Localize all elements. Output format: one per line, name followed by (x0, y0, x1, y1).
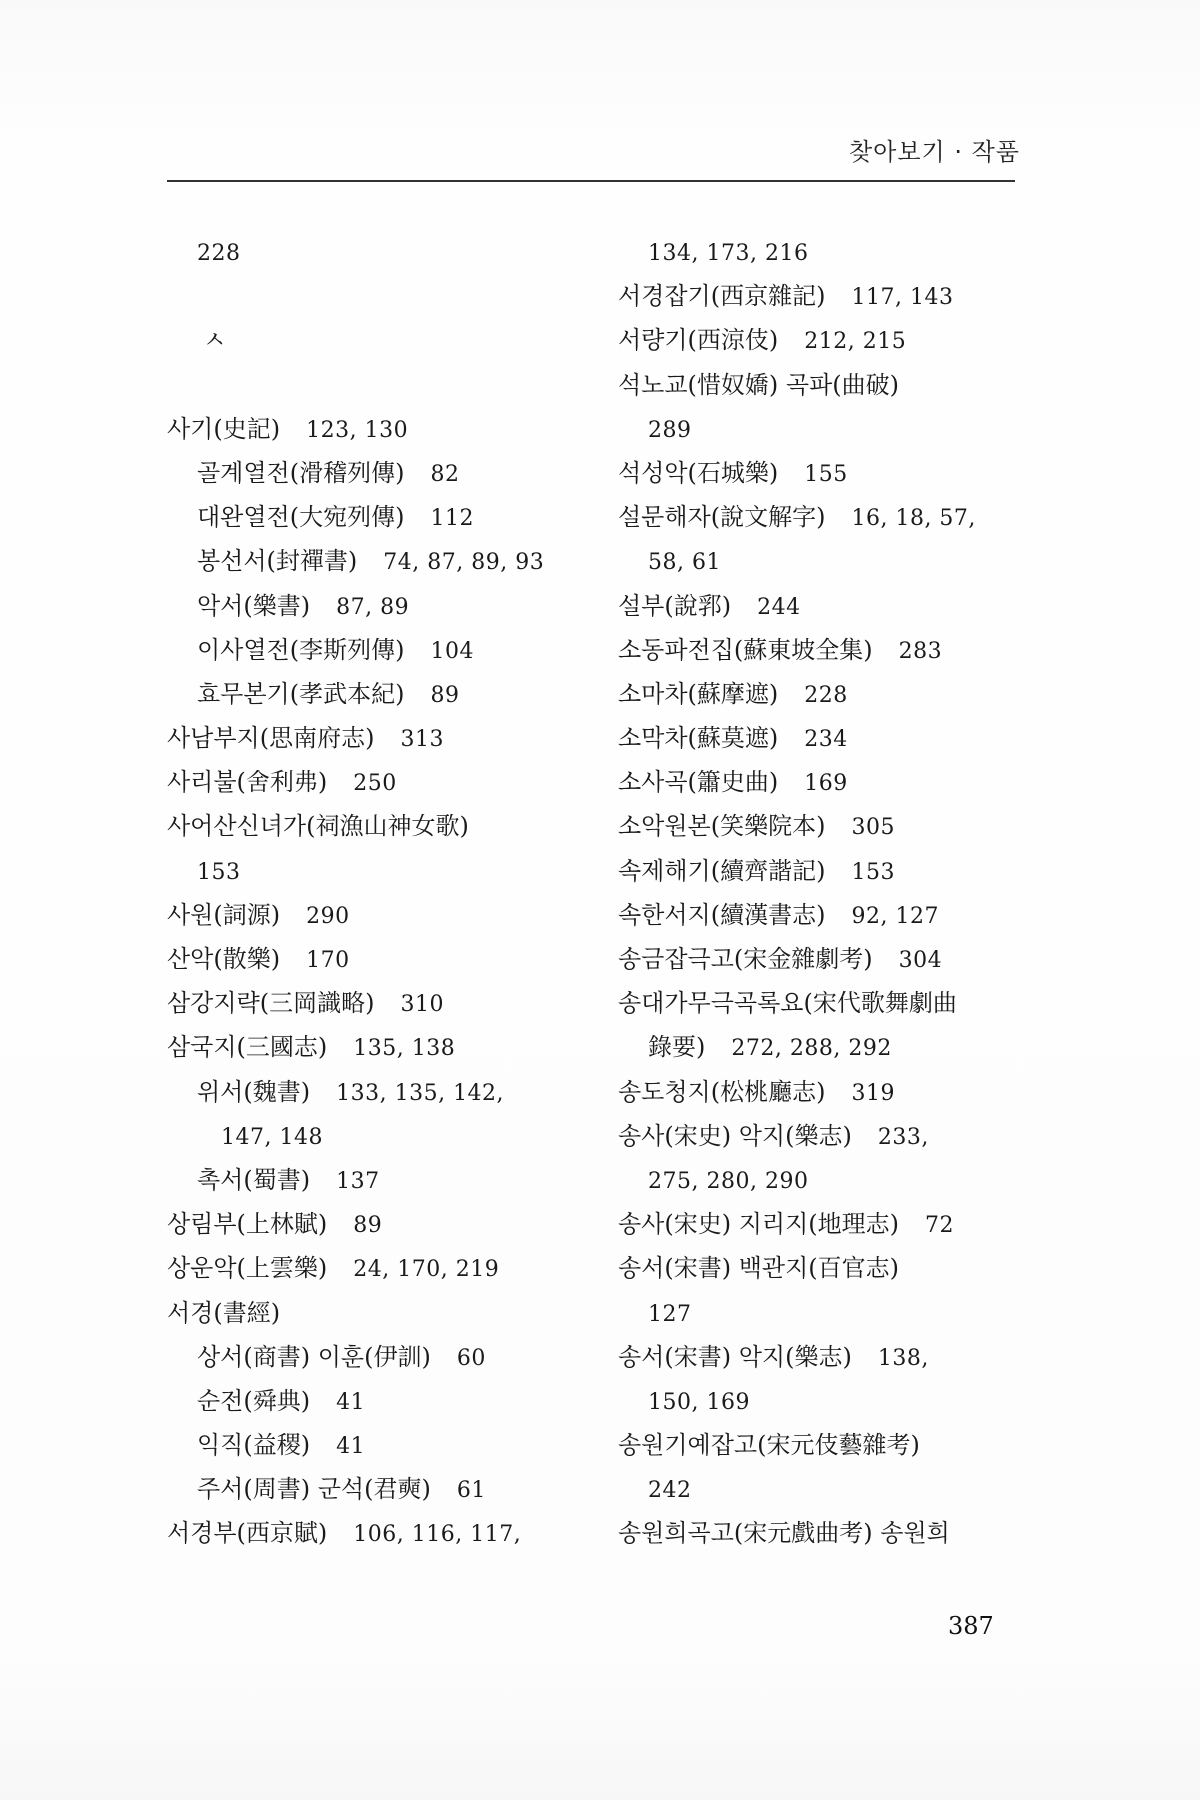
entry-title: 속한서지(續漢書志) (618, 901, 825, 929)
entry-title: 촉서(蜀書) (197, 1166, 310, 1194)
header-rule (167, 180, 1015, 182)
spacer (167, 363, 587, 407)
entry-title: 익직(益稷) (197, 1431, 310, 1459)
index-entry: 삼강지략(三岡識略)310 (167, 981, 587, 1025)
index-entry: 127 (618, 1291, 1038, 1335)
page-refs: 289 (648, 418, 692, 443)
page-refs: 134, 173, 216 (648, 241, 808, 266)
entry-title: 상림부(上林賦) (167, 1210, 327, 1238)
index-entry: 촉서(蜀書)137 (167, 1158, 587, 1202)
index-entry: 소막차(蘇莫遮)234 (618, 716, 1038, 760)
entry-title: 삼강지략(三岡識略) (167, 989, 374, 1017)
index-entry: 산악(散樂)170 (167, 937, 587, 981)
page-refs: 92, 127 (851, 904, 938, 929)
page-refs: 137 (336, 1169, 380, 1194)
page-refs: 60 (457, 1346, 486, 1371)
index-entry: 사기(史記)123, 130 (167, 407, 587, 451)
entry-title: 송사(宋史) 지리지(地理志) (618, 1210, 899, 1238)
entry-title: 석노교(惜奴嬌) 곡파(曲破) (618, 371, 899, 399)
page-refs: 272, 288, 292 (731, 1036, 891, 1061)
index-entry: 상림부(上林賦)89 (167, 1202, 587, 1246)
entry-title: 서경부(西京賦) (167, 1519, 327, 1547)
entry-title: ㅅ (203, 326, 226, 354)
entry-title: 석성악(石城樂) (618, 459, 778, 487)
running-head: 찾아보기 · 작품 (849, 132, 1020, 167)
right-index-column: 134, 173, 216서경잡기(西京雜記)117, 143서량기(西涼伎)2… (618, 230, 1038, 1556)
index-entry: 사원(詞源)290 (167, 893, 587, 937)
index-entry: 송대가무극곡록요(宋代歌舞劇曲 (618, 981, 1038, 1025)
index-entry: 석노교(惜奴嬌) 곡파(曲破) (618, 363, 1038, 407)
index-entry: 악서(樂書)87, 89 (167, 584, 587, 628)
index-entry: 상서(商書) 이훈(伊訓)60 (167, 1335, 587, 1379)
page-refs: 305 (851, 815, 895, 840)
entry-title: 설부(說郛) (618, 592, 731, 620)
index-entry: 설문해자(說文解字)16, 18, 57, (618, 495, 1038, 539)
entry-title: 소동파전집(蘇東坡全集) (618, 636, 873, 664)
entry-title: 사기(史記) (167, 415, 280, 443)
index-entry: 서경잡기(西京雜記)117, 143 (618, 274, 1038, 318)
page-refs: 234 (804, 727, 848, 752)
page-refs: 61 (457, 1478, 486, 1503)
page-refs: 87, 89 (336, 595, 409, 620)
index-entry: 송도청지(松桃廳志)319 (618, 1070, 1038, 1114)
index-entry: 송서(宋書) 백관지(百官志) (618, 1246, 1038, 1290)
entry-title: 송서(宋書) 백관지(百官志) (618, 1254, 899, 1282)
page-refs: 147, 148 (221, 1125, 323, 1150)
page-refs: 228 (197, 241, 241, 266)
index-entry: 이사열전(李斯列傳)104 (167, 628, 587, 672)
index-entry: 송금잡극고(宋金雜劇考)304 (618, 937, 1038, 981)
index-entry: 서량기(西涼伎)212, 215 (618, 318, 1038, 362)
entry-title: 대완열전(大宛列傳) (197, 503, 404, 531)
page-refs: 319 (851, 1081, 895, 1106)
index-entry: 242 (618, 1467, 1038, 1511)
entry-title: 소악원본(笑樂院本) (618, 812, 825, 840)
page-refs: 58, 61 (648, 550, 721, 575)
index-entry: 150, 169 (618, 1379, 1038, 1423)
entry-title: 순전(舜典) (197, 1387, 310, 1415)
page-refs: 169 (804, 771, 848, 796)
entry-title: 악서(樂書) (197, 592, 310, 620)
index-entry: 효무본기(孝武本紀)89 (167, 672, 587, 716)
page-refs: 117, 143 (851, 285, 953, 310)
entry-title: 사리불(舍利弗) (167, 768, 327, 796)
index-entry: 속제해기(續齊諧記)153 (618, 849, 1038, 893)
entry-title: 송도청지(松桃廳志) (618, 1078, 825, 1106)
entry-title: 상운악(上雲樂) (167, 1254, 327, 1282)
page-refs: 275, 280, 290 (648, 1169, 808, 1194)
page-refs: 112 (430, 506, 474, 531)
page-number: 387 (948, 1612, 994, 1640)
entry-title: 사남부지(思南府志) (167, 724, 374, 752)
page-refs: 41 (336, 1434, 365, 1459)
index-entry: 속한서지(續漢書志)92, 127 (618, 893, 1038, 937)
entry-title: 산악(散樂) (167, 945, 280, 973)
index-entry: 설부(說郛)244 (618, 584, 1038, 628)
page-refs: 72 (925, 1213, 954, 1238)
entry-title: 골계열전(滑稽列傳) (197, 459, 404, 487)
page-refs: 310 (400, 992, 444, 1017)
index-entry: 봉선서(封禪書)74, 87, 89, 93 (167, 539, 587, 583)
index-entry: 사남부지(思南府志)313 (167, 716, 587, 760)
index-entry: 275, 280, 290 (618, 1158, 1038, 1202)
page-refs: 104 (430, 639, 474, 664)
page-refs: 133, 135, 142, (336, 1081, 504, 1106)
entry-title: 송원기예잡고(宋元伎藝雜考) (618, 1431, 920, 1459)
page-refs: 150, 169 (648, 1390, 750, 1415)
index-entry: 소동파전집(蘇東坡全集)283 (618, 628, 1038, 672)
entry-title: 서경잡기(西京雜記) (618, 282, 825, 310)
page-refs: 82 (430, 462, 459, 487)
entry-title: 삼국지(三國志) (167, 1033, 327, 1061)
page-refs: 41 (336, 1390, 365, 1415)
page-refs: 170 (306, 948, 350, 973)
index-entry: 송원기예잡고(宋元伎藝雜考) (618, 1423, 1038, 1467)
index-entry: 골계열전(滑稽列傳)82 (167, 451, 587, 495)
page-refs: 290 (306, 904, 350, 929)
index-entry: 134, 173, 216 (618, 230, 1038, 274)
index-entry: 상운악(上雲樂)24, 170, 219 (167, 1246, 587, 1290)
entry-title: 설문해자(說文解字) (618, 503, 825, 531)
entry-title: 송금잡극고(宋金雜劇考) (618, 945, 873, 973)
index-entry: 석성악(石城樂)155 (618, 451, 1038, 495)
index-entry: 소마차(蘇摩遮)228 (618, 672, 1038, 716)
page-refs: 89 (353, 1213, 382, 1238)
page-refs: 313 (400, 727, 444, 752)
index-entry: 58, 61 (618, 539, 1038, 583)
page-refs: 135, 138 (353, 1036, 455, 1061)
index-entry: 주서(周書) 군석(君奭)61 (167, 1467, 587, 1511)
index-entry: 228 (167, 230, 587, 274)
entry-title: 송원희곡고(宋元戲曲考) 송원희 (618, 1519, 950, 1547)
index-entry: 순전(舜典)41 (167, 1379, 587, 1423)
entry-title: 속제해기(續齊諧記) (618, 857, 825, 885)
index-entry: 사어산신녀가(祠漁山神女歌) (167, 804, 587, 848)
entry-title: 서량기(西涼伎) (618, 326, 778, 354)
index-entry: 소사곡(簫史曲)169 (618, 760, 1038, 804)
entry-title: 상서(商書) 이훈(伊訓) (197, 1343, 431, 1371)
page-refs: 153 (197, 860, 241, 885)
left-index-column: 228ㅅ사기(史記)123, 130골계열전(滑稽列傳)82대완열전(大宛列傳)… (167, 230, 587, 1556)
index-entry: 대완열전(大宛列傳)112 (167, 495, 587, 539)
page-refs: 212, 215 (804, 329, 906, 354)
page-refs: 242 (648, 1478, 692, 1503)
page-refs: 283 (899, 639, 943, 664)
entry-title: 錄要) (648, 1033, 705, 1061)
entry-title: 효무본기(孝武本紀) (197, 680, 404, 708)
index-entry: 송사(宋史) 지리지(地理志)72 (618, 1202, 1038, 1246)
index-entry: 위서(魏書)133, 135, 142, (167, 1070, 587, 1114)
index-entry: 서경(書經) (167, 1291, 587, 1335)
index-entry: 송원희곡고(宋元戲曲考) 송원희 (618, 1511, 1038, 1555)
index-entry: 송사(宋史) 악지(樂志)233, (618, 1114, 1038, 1158)
index-entry: 익직(益稷)41 (167, 1423, 587, 1467)
entry-title: 봉선서(封禪書) (197, 547, 357, 575)
page-refs: 233, (878, 1125, 929, 1150)
index-entry: 147, 148 (167, 1114, 587, 1158)
index-entry: 289 (618, 407, 1038, 451)
entry-title: 서경(書經) (167, 1299, 280, 1327)
page-refs: 123, 130 (306, 418, 408, 443)
page-refs: 24, 170, 219 (353, 1257, 499, 1282)
page-refs: 74, 87, 89, 93 (383, 550, 544, 575)
index-entry: 삼국지(三國志)135, 138 (167, 1025, 587, 1069)
index-entry: 서경부(西京賦)106, 116, 117, (167, 1511, 587, 1555)
entry-title: 사원(詞源) (167, 901, 280, 929)
entry-title: 이사열전(李斯列傳) (197, 636, 404, 664)
entry-title: 송대가무극곡록요(宋代歌舞劇曲 (618, 989, 957, 1017)
page-refs: 250 (353, 771, 397, 796)
entry-title: 소막차(蘇莫遮) (618, 724, 778, 752)
page-refs: 106, 116, 117, (353, 1522, 521, 1547)
page-refs: 304 (899, 948, 943, 973)
section-letter: ㅅ (167, 318, 587, 362)
page-refs: 127 (648, 1302, 692, 1327)
index-entry: 錄要)272, 288, 292 (618, 1025, 1038, 1069)
entry-title: 소마차(蘇摩遮) (618, 680, 778, 708)
entry-title: 송사(宋史) 악지(樂志) (618, 1122, 852, 1150)
entry-title: 위서(魏書) (197, 1078, 310, 1106)
index-entry: 153 (167, 849, 587, 893)
spacer (167, 274, 587, 318)
page-refs: 16, 18, 57, (851, 506, 975, 531)
page-refs: 155 (804, 462, 848, 487)
entry-title: 송서(宋書) 악지(樂志) (618, 1343, 852, 1371)
index-entry: 소악원본(笑樂院本)305 (618, 804, 1038, 848)
entry-title: 주서(周書) 군석(君奭) (197, 1475, 431, 1503)
page-refs: 244 (757, 595, 801, 620)
entry-title: 소사곡(簫史曲) (618, 768, 778, 796)
index-entry: 송서(宋書) 악지(樂志)138, (618, 1335, 1038, 1379)
page-refs: 228 (804, 683, 848, 708)
page-refs: 138, (878, 1346, 929, 1371)
page-refs: 153 (851, 860, 895, 885)
entry-title: 사어산신녀가(祠漁山神女歌) (167, 812, 469, 840)
index-entry: 사리불(舍利弗)250 (167, 760, 587, 804)
page-refs: 89 (430, 683, 459, 708)
index-page: 찾아보기 · 작품 228ㅅ사기(史記)123, 130골계열전(滑稽列傳)82… (0, 0, 1200, 1800)
